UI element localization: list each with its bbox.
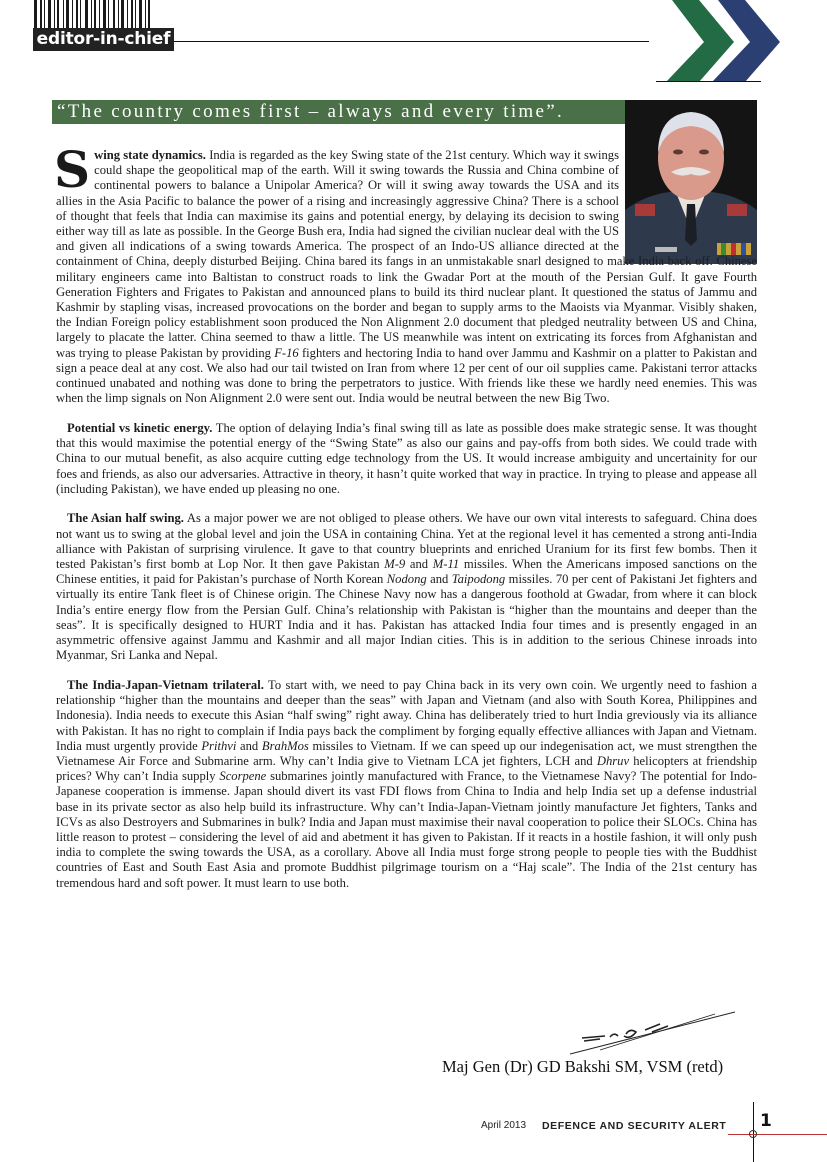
header-rule (174, 41, 649, 42)
signature-icon (570, 1010, 735, 1055)
paragraph-asian-half-swing: The Asian half swing. As a major power w… (56, 511, 757, 663)
section-tag: editor-in-chief (33, 28, 174, 51)
paragraph-trilateral: The India-Japan-Vietnam trilateral. To s… (56, 678, 757, 891)
paragraph-lead: wing state dynamics. (94, 148, 206, 162)
issue-date: April 2013 (481, 1120, 526, 1131)
drop-cap: S (54, 150, 90, 190)
chevron-baseline (656, 81, 761, 82)
paragraph-swing-state: Swing state dynamics. India is regarded … (56, 148, 757, 406)
article-body: Swing state dynamics. India is regarded … (56, 148, 757, 905)
pull-quote-banner: “The country comes first – always and ev… (52, 100, 625, 124)
paragraph-lead: The India-Japan-Vietnam trilateral. (67, 678, 264, 692)
registration-mark-horizontal (728, 1134, 827, 1135)
registration-circle-icon (749, 1130, 757, 1138)
double-chevron-icon (655, 0, 825, 85)
page-number: 1 (760, 1111, 772, 1131)
magazine-name: DEFENCE AND SECURITY ALERT (542, 1120, 726, 1132)
barcode-icon (34, 0, 173, 28)
author-byline: Maj Gen (Dr) GD Bakshi SM, VSM (retd) (442, 1057, 723, 1077)
paragraph-lead: The Asian half swing. (67, 511, 184, 525)
paragraph-potential-energy: Potential vs kinetic energy. The option … (56, 421, 757, 497)
paragraph-lead: Potential vs kinetic energy. (67, 421, 212, 435)
